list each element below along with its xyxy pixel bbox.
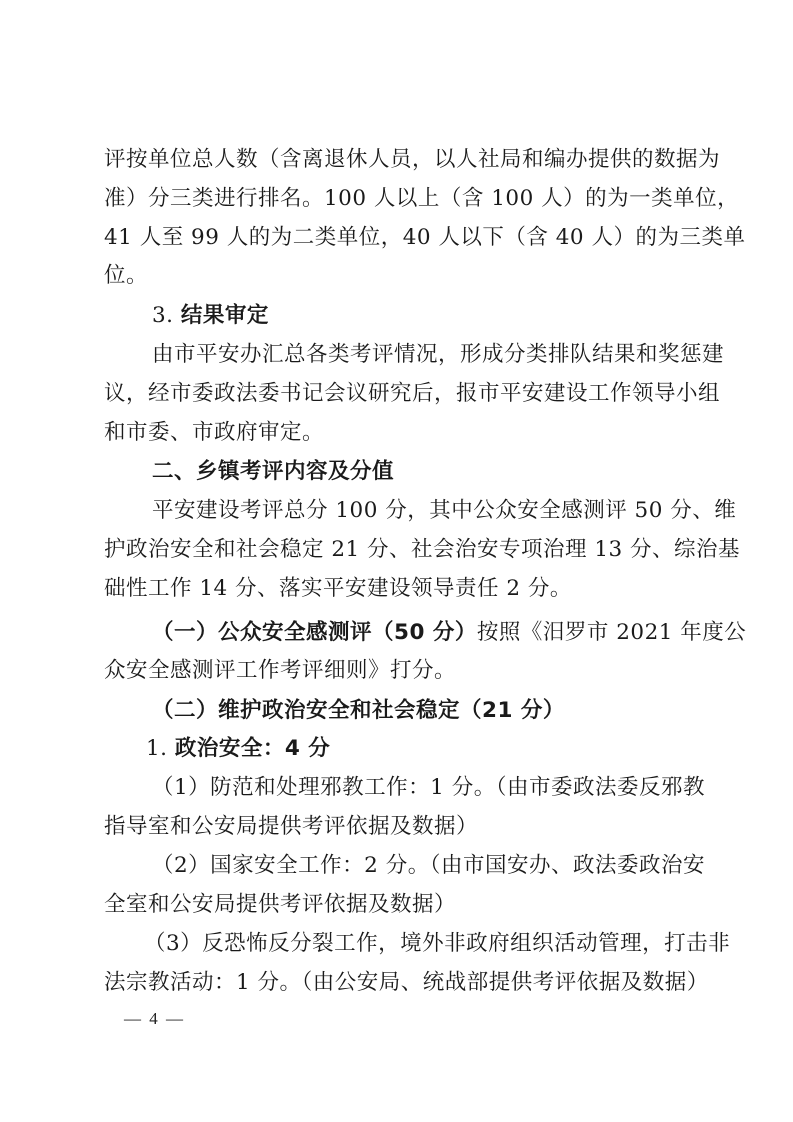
heading-text: （一）公众安全感测评（50 分） [152, 620, 477, 645]
paragraph-line: 评按单位总人数（含离退休人员，以人社局和编办提供的数据为 [104, 145, 692, 175]
paragraph-line: 众安全感测评工作考评细则》打分。 [104, 656, 456, 686]
subsection-heading-result-review: 3. 结果审定 [152, 301, 269, 331]
paragraph-line: 法宗教活动：1 分。（由公安局、统战部提供考评依据及数据） [104, 968, 692, 998]
paragraph-line: 位。 [104, 261, 148, 291]
page-number: — 4 — [124, 1006, 185, 1032]
subsection-public-safety: （一）公众安全感测评（50 分）按照《汨罗市 2021 年度公 [152, 618, 692, 648]
paragraph-line: 议，经市委政法委书记会议研究后，报市平安建设工作领导小组 [104, 379, 692, 409]
paragraph-line: 指导室和公安局提供考评依据及数据） [104, 812, 478, 842]
item-anti-terrorism: （3）反恐怖反分裂工作，境外非政府组织活动管理，打击非 [144, 929, 692, 959]
paragraph-line: 全室和公安局提供考评依据及数据） [104, 890, 456, 920]
item-national-security: （2）国家安全工作：2 分。（由市国安办、政法委政治安 [152, 851, 692, 881]
paragraph-line: 41 人至 99 人的为二类单位，40 人以下（含 40 人）的为三类单 [104, 223, 692, 253]
paragraph-line: 护政治安全和社会稳定 21 分、社会治安专项治理 13 分、综治基 [104, 535, 692, 565]
section-heading-township-evaluation: 二、乡镇考评内容及分值 [152, 457, 394, 487]
paragraph-line: 础性工作 14 分、落实平安建设领导责任 2 分。 [104, 574, 572, 604]
paragraph-line: 由市平安办汇总各类考评情况，形成分类排队结果和奖惩建 [152, 340, 692, 370]
heading-number: 3. [152, 303, 181, 328]
heading-continuation: 按照《汨罗市 2021 年度公 [477, 620, 746, 645]
heading-text: 政治安全：4 分 [175, 736, 330, 761]
paragraph-line: 和市委、市政府审定。 [104, 418, 324, 448]
subsection-heading-political-stability: （二）维护政治安全和社会稳定（21 分） [152, 696, 565, 726]
heading-text: 结果审定 [181, 303, 269, 328]
paragraph-line: 平安建设考评总分 100 分，其中公众安全感测评 50 分、维 [152, 496, 692, 526]
heading-number: 1. [146, 736, 175, 761]
item-heading-political-security: 1. 政治安全：4 分 [146, 734, 330, 764]
paragraph-line: 准）分三类进行排名。100 人以上（含 100 人）的为一类单位， [104, 184, 692, 214]
item-cult-prevention: （1）防范和处理邪教工作：1 分。（由市委政法委反邪教 [152, 773, 692, 803]
